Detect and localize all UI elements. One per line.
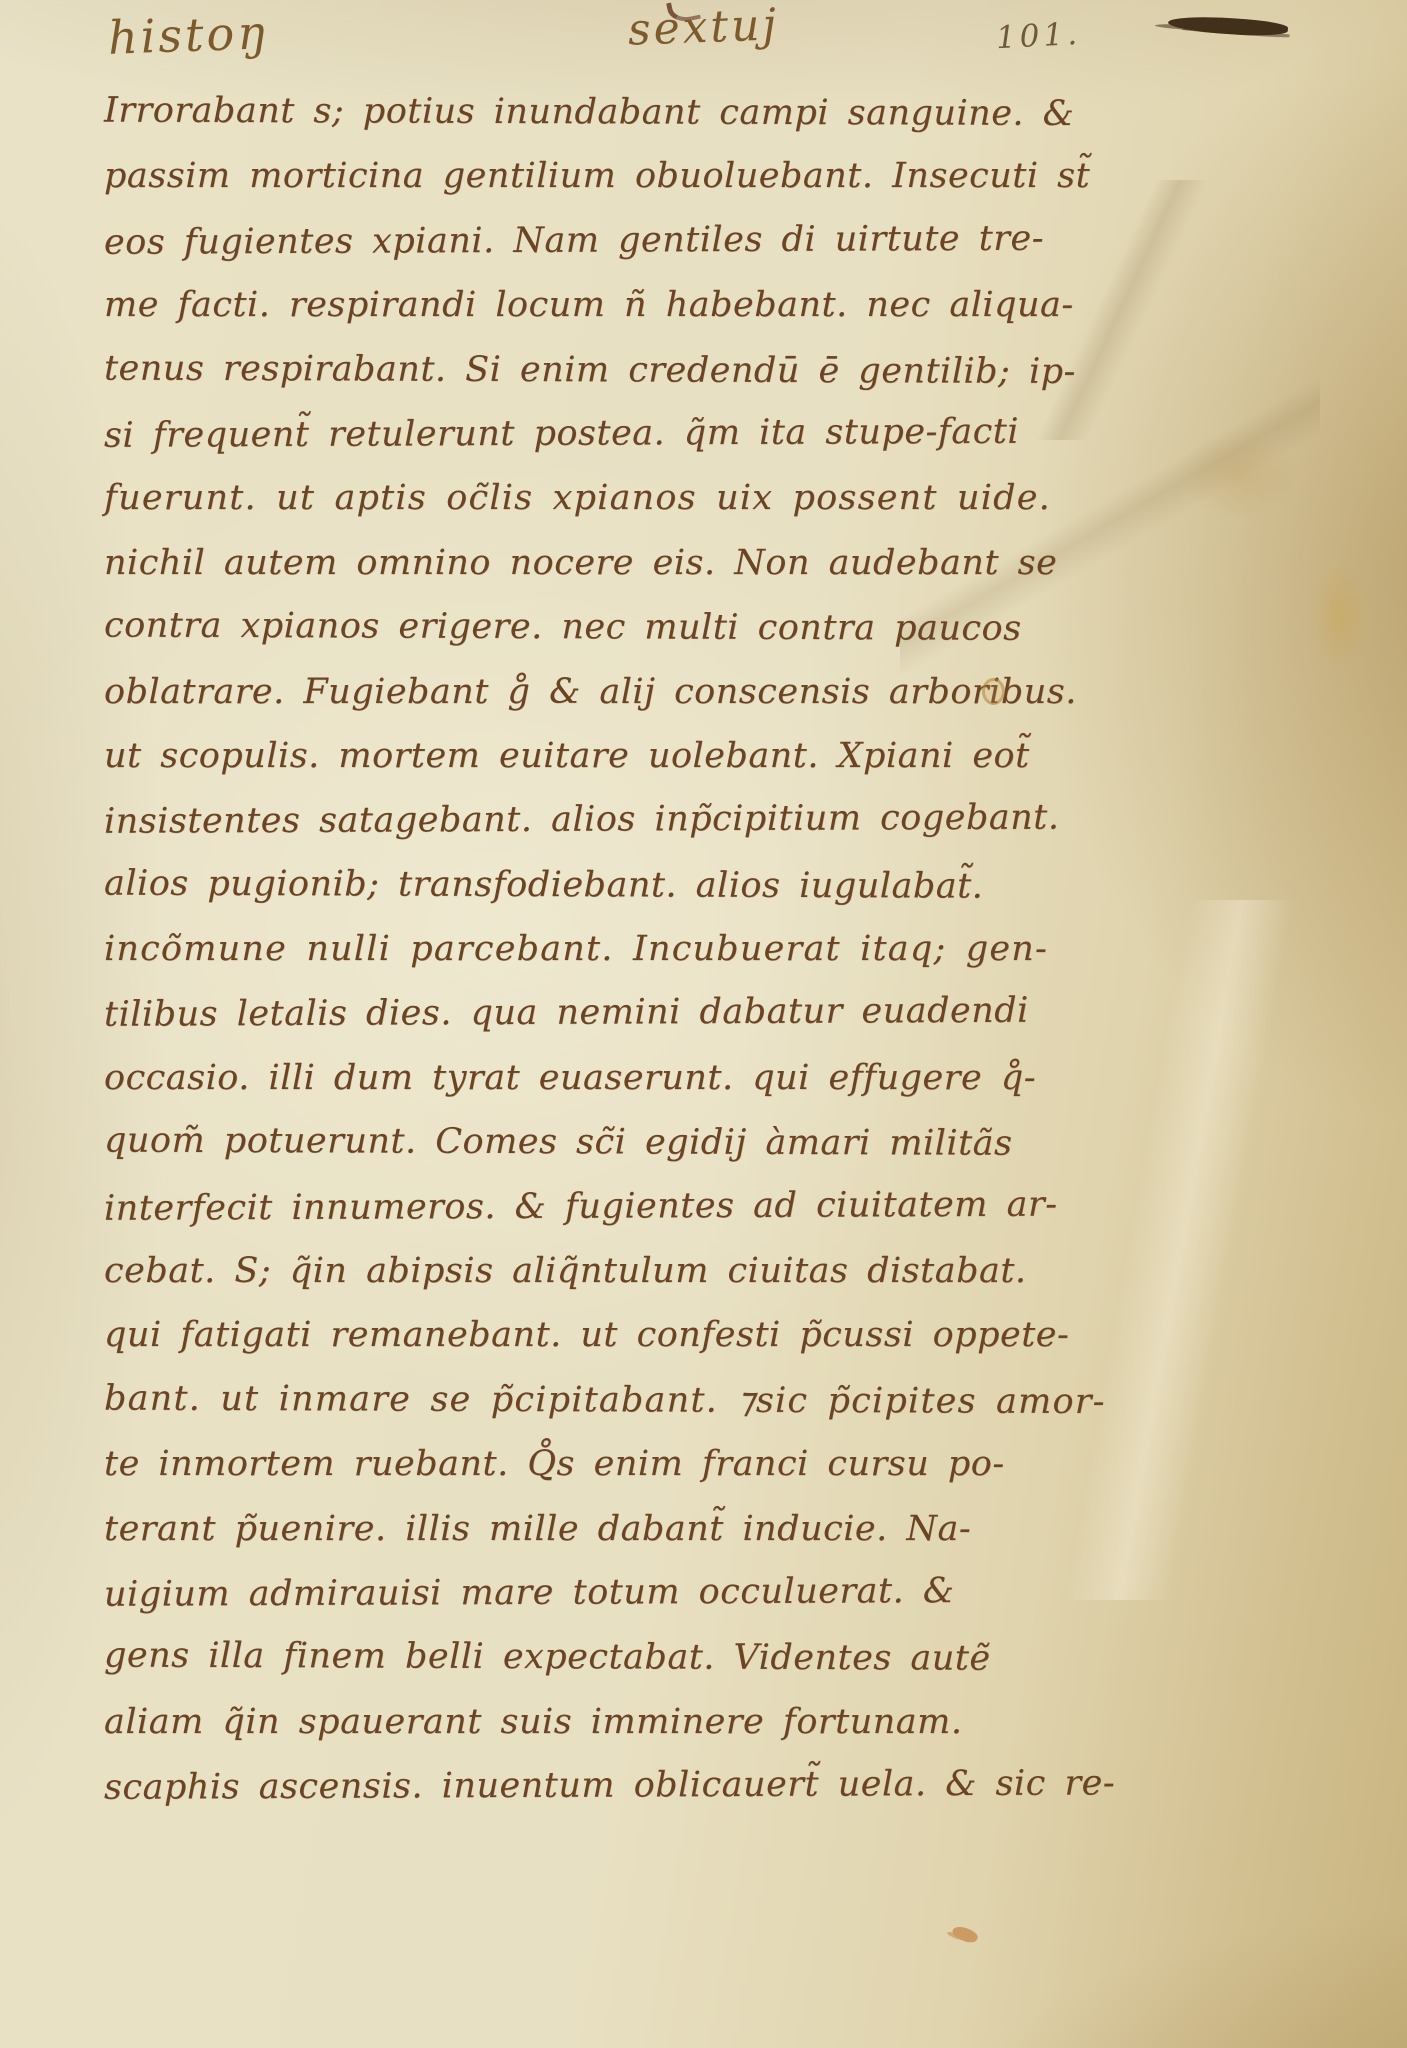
parchment-crease [980, 900, 1380, 1600]
manuscript-line: Irrorabant s; potius inundabant campi sa… [104, 79, 919, 146]
running-header-left: histoŋ [107, 5, 271, 65]
manuscript-line: si frequent̃ retulerunt postea. q̃m ita … [104, 400, 919, 468]
manuscript-line: uigium admirauisi mare totum occuluerat.… [104, 1559, 919, 1627]
manuscript-line: interfecit innumeros. & fugientes ad ciu… [104, 1173, 919, 1241]
manuscript-line: te inmortem ruebant. Q̊s enim franci cur… [104, 1432, 919, 1496]
manuscript-line: alios pugionib; transfodiebant. alios iu… [104, 851, 919, 918]
manuscript-line: me facti. respirandi locum ñ habebant. n… [104, 273, 919, 337]
folio-number: 101. [995, 16, 1082, 56]
ink-blot [1168, 14, 1289, 38]
manuscript-line: contra xpianos erigere. nec multi contra… [104, 594, 919, 661]
manuscript-line: eos fugientes xpiani. Nam gentiles di ui… [104, 207, 919, 275]
soft-stain [1180, 430, 1300, 520]
manuscript-line: tenus respirabant. Si enim credendū ē ge… [104, 336, 919, 403]
manuscript-line: qui fatigati remanebant. ut confesti p̃c… [104, 1303, 919, 1367]
manuscript-page: histoŋ sextuj 101. Irrorabant s; potius … [0, 0, 1407, 2048]
manuscript-line: gens illa finem belli expectabat. Vident… [104, 1624, 919, 1691]
manuscript-line: bant. ut inmare se p̃cipitabant. ⁊sic p̃… [104, 1366, 919, 1433]
manuscript-line: incõmune nulli parcebant. Incubuerat ita… [104, 917, 919, 981]
manuscript-line: passim morticina gentilium obuoluebant. … [104, 144, 919, 208]
yellow-stain [1310, 560, 1370, 670]
running-header-right: sextuj [627, 0, 780, 56]
manuscript-line: ut scopulis. mortem euitare uolebant. Xp… [104, 724, 919, 788]
manuscript-line: insistentes satagebant. alios inp̃cipiti… [104, 787, 919, 855]
manuscript-text-block: Irrorabant s; potius inundabant campi sa… [104, 80, 919, 1819]
manuscript-line: tilibus letalis dies. qua nemini dabatur… [104, 980, 919, 1048]
manuscript-line: occasio. illi dum tyrat euaserunt. qui e… [104, 1046, 919, 1110]
rust-stain [950, 1923, 979, 1945]
manuscript-line: scaphis ascensis. inuentum oblicauert̃ u… [104, 1752, 919, 1820]
manuscript-line: aliam q̃in spauerant suis imminere fortu… [104, 1690, 919, 1754]
manuscript-line: quom̃ potuerunt. Comes sc̃i egidij àmari… [104, 1109, 919, 1176]
manuscript-line: terant p̃uenire. illis mille dabant̃ ind… [104, 1497, 919, 1561]
manuscript-line: cebat. S; q̃in abipsis aliq̃ntulum ciuit… [104, 1239, 919, 1303]
manuscript-line: fuerunt. ut aptis oc̃lis xpianos uix pos… [104, 466, 919, 530]
manuscript-line: nichil autem omnino nocere eis. Non aude… [104, 531, 919, 595]
manuscript-line: oblatrare. Fugiebant g̊ & alij conscensi… [104, 660, 919, 724]
